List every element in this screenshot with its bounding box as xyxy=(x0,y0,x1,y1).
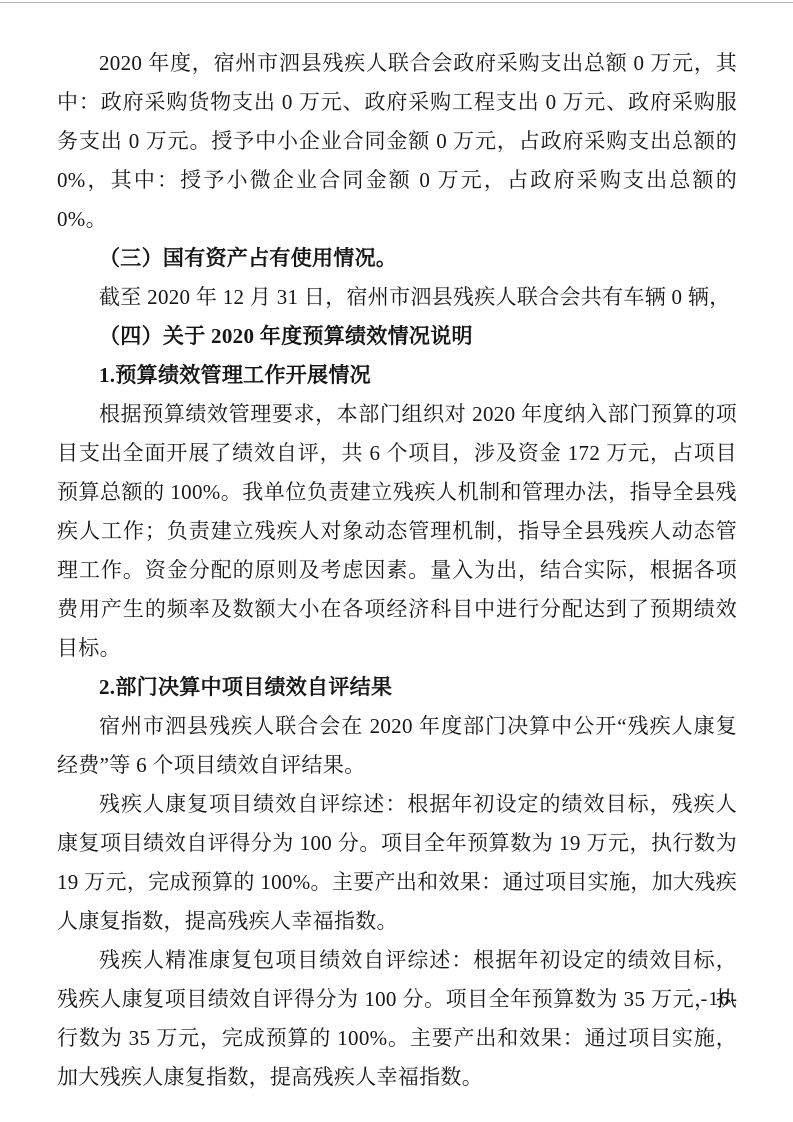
section-heading-budget-performance: （四）关于 2020 年度预算绩效情况说明 xyxy=(57,317,737,356)
paragraph-vehicles: 截至 2020 年 12 月 31 日，宿州市泗县残疾人联合会共有车辆 0 辆， xyxy=(57,278,737,317)
subsection-heading-performance-management: 1.预算绩效管理工作开展情况 xyxy=(57,356,737,395)
paragraph-rehabilitation-project: 残疾人康复项目绩效自评综述：根据年初设定的绩效目标，残疾人康复项目绩效自评得分为… xyxy=(57,785,737,941)
paragraph-government-procurement: 2020 年度，宿州市泗县残疾人联合会政府采购支出总额 0 万元，其中：政府采购… xyxy=(57,44,737,239)
page-number: -16- xyxy=(701,985,738,1013)
document-page: 2020 年度，宿州市泗县残疾人联合会政府采购支出总额 0 万元，其中：政府采购… xyxy=(0,0,793,1122)
paragraph-precision-rehabilitation-project: 残疾人精准康复包项目绩效自评综述：根据年初设定的绩效目标，残疾人康复项目绩效自评… xyxy=(57,941,737,1097)
paragraph-performance-self-evaluation: 根据预算绩效管理要求，本部门组织对 2020 年度纳入部门预算的项目支出全面开展… xyxy=(57,395,737,668)
paragraph-published-projects: 宿州市泗县残疾人联合会在 2020 年度部门决算中公开“残疾人康复经费”等 6 … xyxy=(57,707,737,785)
section-heading-state-assets: （三）国有资产占有使用情况。 xyxy=(57,239,737,278)
scan-edge-artifact xyxy=(0,2,793,3)
document-content: 2020 年度，宿州市泗县残疾人联合会政府采购支出总额 0 万元，其中：政府采购… xyxy=(57,44,737,1097)
subsection-heading-project-results: 2.部门决算中项目绩效自评结果 xyxy=(57,668,737,707)
